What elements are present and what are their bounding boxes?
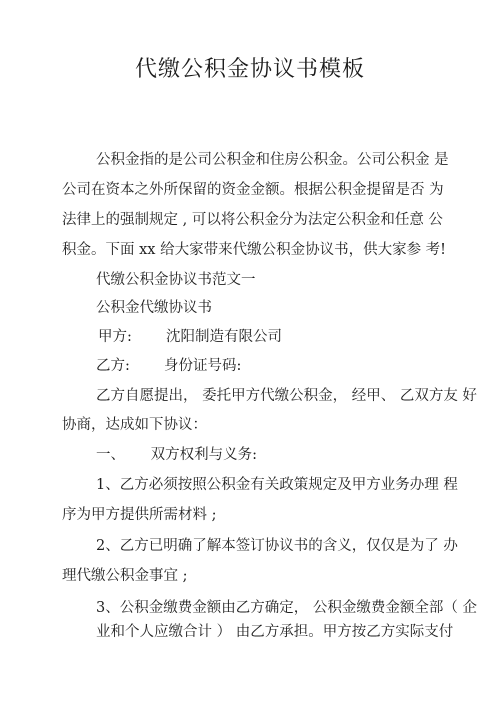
clause-2-line-2: 理代缴公积金事宜 ;: [62, 566, 440, 586]
section-1-number: 一、: [96, 445, 146, 465]
preamble-line-2: 协商，达成如下协议：: [62, 415, 440, 435]
intro-line-4: 积金。下面 xx 给大家带来代缴公积金协议书，供大家参 考!: [62, 240, 440, 260]
document-title: 代缴公积金协议书模板: [0, 52, 500, 83]
party-a-value: 沈阳制造有限公司: [166, 327, 282, 347]
agreement-title: 公积金代缴协议书: [96, 298, 440, 318]
clause-3-line-2: 业和个人应缴合计 ） 由乙方承担。甲方按乙方实际支付: [96, 622, 440, 642]
party-b-value: 身份证号码:: [164, 356, 241, 376]
section-1-heading: 一、 双方权利与义务:: [96, 445, 474, 465]
intro-line-3: 法律上的强制规定 , 可以将公积金分为法定公积金和任意 公: [62, 210, 440, 230]
party-b-row: 乙方: 身份证号码:: [96, 356, 474, 376]
party-b-label: 乙方:: [96, 356, 164, 376]
document-page: 代缴公积金协议书模板 公积金指的是公司公积金和住房公积金。公司公积金 是 公司在…: [0, 0, 500, 708]
sample-heading: 代缴公积金协议书范文一: [96, 270, 440, 290]
clause-1-line-2: 序为甲方提供所需材料 ;: [62, 505, 440, 525]
section-1-title: 双方权利与义务:: [151, 447, 257, 463]
intro-line-1: 公积金指的是公司公积金和住房公积金。公司公积金 是: [96, 150, 440, 170]
party-a-row: 甲方: 沈阳制造有限公司: [98, 327, 476, 347]
preamble-line-1: 乙方自愿提出， 委托甲方代缴公积金， 经甲、 乙双方友 好: [96, 386, 440, 406]
clause-1-line-1: 1、乙方必须按照公积金有关政策规定及甲方业务办理 程: [96, 475, 440, 495]
clause-3-line-1: 3、公积金缴费金额由乙方确定， 公积金缴费金额全部（ 企: [96, 598, 440, 618]
intro-line-2: 公司在资本之外所保留的资金金额。根据公积金提留是否 为: [62, 180, 440, 200]
party-a-label: 甲方:: [98, 327, 166, 347]
clause-2-line-1: 2、乙方已明确了解本签订协议书的含义，仅仅是为了 办: [96, 536, 440, 556]
